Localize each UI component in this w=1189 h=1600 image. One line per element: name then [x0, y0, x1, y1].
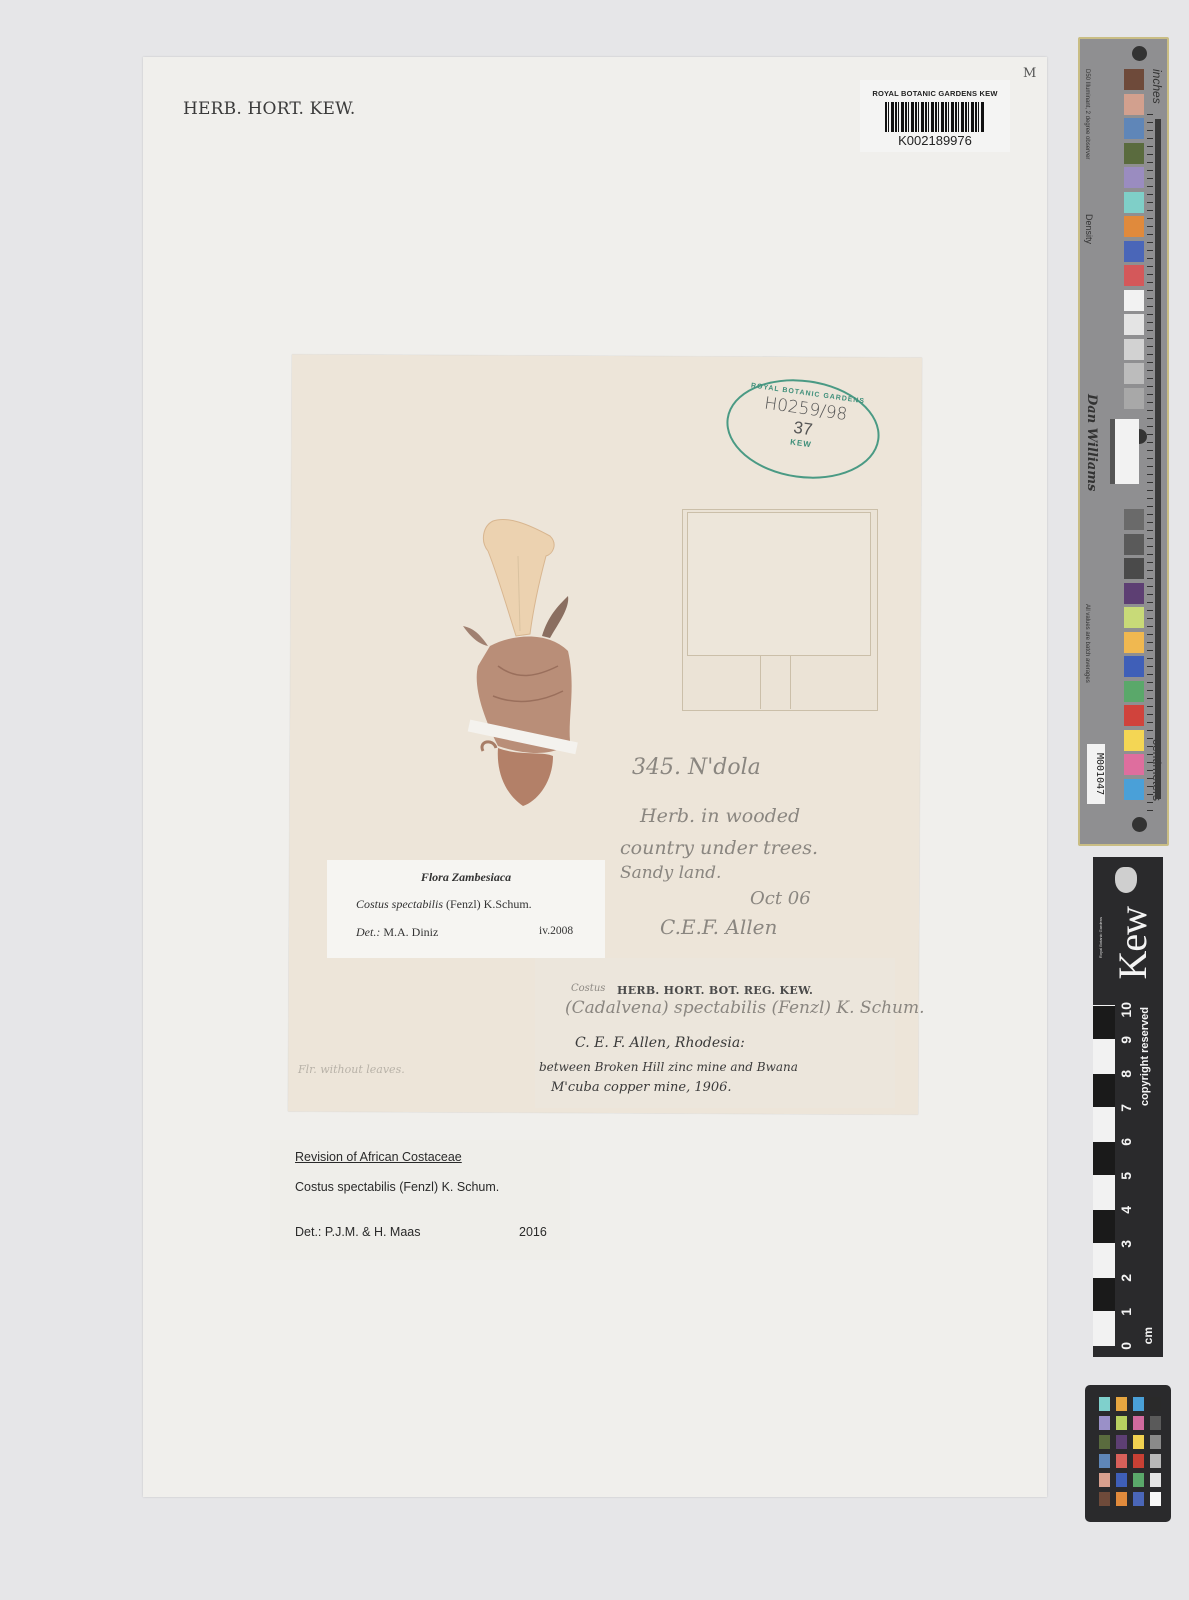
fz-det-prefix: Det.: — [356, 925, 380, 939]
ruler-number: 6 — [1118, 1138, 1134, 1146]
checker-cell — [1099, 1492, 1110, 1506]
sheet-header: HERB. HORT. KEW. — [183, 99, 355, 119]
ruler-block — [1093, 1141, 1115, 1176]
checker-cell — [1116, 1435, 1127, 1449]
scale-ticks — [1147, 114, 1153, 814]
envelope-flap — [687, 512, 871, 656]
barcode-organization: ROYAL BOTANIC GARDENS KEW — [860, 89, 1010, 98]
color-swatch — [1124, 290, 1144, 311]
color-swatch — [1124, 583, 1144, 604]
notes-line: Sandy land. — [620, 863, 721, 883]
notes-line: C.E.F. Allen — [660, 915, 777, 939]
ruler-checker — [1093, 1005, 1115, 1345]
label-genus-handwritten: Costus — [571, 983, 605, 994]
checker-cell — [1116, 1492, 1127, 1506]
checker-cell — [1099, 1416, 1110, 1430]
barcode-icon — [885, 102, 985, 132]
ruler-number: 9 — [1118, 1036, 1134, 1044]
color-swatch — [1124, 607, 1144, 628]
ruler-number: 3 — [1118, 1240, 1134, 1248]
color-swatch — [1124, 339, 1144, 360]
color-swatch — [1124, 69, 1144, 90]
kew-unit: cm — [1141, 1327, 1155, 1344]
checker-cell — [1133, 1473, 1144, 1487]
label-locality-2: M'cuba copper mine, 1906. — [551, 1080, 732, 1095]
ruler-number: 7 — [1118, 1104, 1134, 1112]
fz-species-author: (Fenzl) K.Schum. — [446, 897, 532, 911]
ruler-block — [1093, 1039, 1115, 1074]
envelope-seam — [760, 655, 761, 709]
mount-hole-icon — [1132, 817, 1147, 832]
scale-brand: Dan Williams — [1084, 394, 1099, 491]
ruler-number: 0 — [1118, 1342, 1134, 1350]
flora-zambesiaca-label: Flora Zambesiaca Costus spectabilis (Fen… — [327, 860, 605, 958]
checker-cell — [1150, 1492, 1161, 1506]
color-swatch — [1124, 388, 1144, 409]
checker-cell — [1116, 1454, 1127, 1468]
notes-line: country under trees. — [620, 837, 818, 859]
fz-determiner: Det.: M.A. Diniz — [356, 925, 438, 940]
fz-species: Costus spectabilis (Fenzl) K.Schum. — [356, 897, 532, 912]
checker-cell — [1099, 1435, 1110, 1449]
ruler-number: 4 — [1118, 1206, 1134, 1214]
kew-crest-icon — [1115, 867, 1137, 893]
revision-year: 2016 — [519, 1225, 547, 1239]
kew-cm-ruler: Kew Royal Botanic Gardens copyright rese… — [1093, 857, 1163, 1357]
color-swatch — [1124, 558, 1144, 579]
color-swatch — [1124, 656, 1144, 677]
checker-cell — [1150, 1397, 1161, 1411]
checker-cell — [1133, 1492, 1144, 1506]
color-swatch — [1124, 363, 1144, 384]
checker-cell — [1099, 1397, 1110, 1411]
mini-color-checker — [1085, 1385, 1171, 1522]
ruler-number: 8 — [1118, 1070, 1134, 1078]
label-collector: C. E. F. Allen, Rhodesia: — [575, 1035, 745, 1051]
ruler-number: 10 — [1118, 1002, 1134, 1018]
color-swatch — [1124, 314, 1144, 335]
barcode-id: K002189976 — [860, 133, 1010, 148]
ruler-number: 2 — [1118, 1274, 1134, 1282]
scale-id: M001047 — [1087, 744, 1105, 804]
checker-cell — [1133, 1397, 1144, 1411]
ruler-block — [1093, 1005, 1115, 1040]
revision-det: Det.: P.J.M. & H. Maas — [295, 1225, 421, 1239]
checker-cell — [1133, 1416, 1144, 1430]
notes-line: 345. N'dola — [632, 755, 761, 780]
fz-title: Flora Zambesiaca — [327, 870, 605, 885]
checker-cell — [1150, 1435, 1161, 1449]
revision-label: Revision of African Costaceae Costus spe… — [270, 1140, 570, 1260]
corner-mark: M — [1023, 66, 1036, 81]
label-header: HERB. HORT. BOT. REG. KEW. — [617, 984, 813, 997]
envelope-seam — [790, 655, 791, 709]
color-swatch — [1124, 681, 1144, 702]
color-swatch — [1124, 705, 1144, 726]
color-swatch — [1124, 779, 1144, 800]
checker-cell — [1150, 1473, 1161, 1487]
fragment-envelope — [682, 509, 878, 711]
color-swatch — [1124, 118, 1144, 139]
checker-cell — [1116, 1473, 1127, 1487]
unit-top: inches — [1150, 69, 1164, 104]
ruler-number: 5 — [1118, 1172, 1134, 1180]
checker-cell — [1150, 1454, 1161, 1468]
color-swatch — [1124, 94, 1144, 115]
ruler-numbers: 109876543210 — [1118, 1002, 1136, 1332]
ruler-block — [1093, 1277, 1115, 1312]
color-swatch — [1124, 167, 1144, 188]
density-label: Density — [1084, 214, 1094, 244]
checker-cell — [1150, 1416, 1161, 1430]
kew-brand: Kew — [1109, 907, 1156, 980]
notes-line: Oct 06 — [750, 888, 811, 909]
color-swatch — [1124, 241, 1144, 262]
color-swatch — [1124, 534, 1144, 555]
color-swatch — [1124, 143, 1144, 164]
mount-hole-icon — [1132, 46, 1147, 61]
ruler-block — [1093, 1209, 1115, 1244]
checker-cell — [1099, 1454, 1110, 1468]
fz-det-name: M.A. Diniz — [383, 925, 438, 939]
color-swatch — [1124, 192, 1144, 213]
notes-line: Herb. in wooded — [640, 805, 800, 827]
color-swatch — [1124, 754, 1144, 775]
barcode-label: ROYAL BOTANIC GARDENS KEW K002189976 — [860, 80, 1010, 152]
scale-strip — [1155, 119, 1161, 799]
ruler-block — [1093, 1243, 1115, 1278]
kew-copyright: copyright reserved — [1139, 1007, 1151, 1106]
checker-cell — [1133, 1435, 1144, 1449]
ruler-block — [1093, 1311, 1115, 1346]
illuminant-text: D50 Illuminant, 2 degree observer — [1084, 69, 1090, 159]
color-scale-bar: inches centimeters D50 Illuminant, 2 deg… — [1078, 37, 1169, 846]
ruler-block — [1093, 1175, 1115, 1210]
color-swatch — [1124, 216, 1144, 237]
handwritten-field-notes: 345. N'dola Herb. in wooded country unde… — [610, 730, 900, 950]
color-swatch — [1124, 265, 1144, 286]
fz-species-name: Costus spectabilis — [356, 897, 443, 911]
color-swatch — [1124, 632, 1144, 653]
dried-plant-specimen — [458, 516, 598, 816]
label-name-line: (Cadalvena) spectabilis (Fenzl) K. Schum… — [565, 998, 925, 1018]
checker-cell — [1133, 1454, 1144, 1468]
resolution-target — [1110, 419, 1139, 484]
ruler-number: 1 — [1118, 1308, 1134, 1316]
checker-cell — [1116, 1397, 1127, 1411]
herbarium-register-label: Costus HERB. HORT. BOT. REG. KEW. (Cadal… — [535, 958, 895, 1108]
label-locality-1: between Broken Hill zinc mine and Bwana — [539, 1060, 798, 1074]
color-swatch — [1124, 730, 1144, 751]
ruler-block — [1093, 1107, 1115, 1142]
fz-date: iv.2008 — [539, 925, 573, 937]
batch-text: All values are batch averages — [1084, 604, 1090, 683]
kew-sub: Royal Botanic Gardens — [1098, 917, 1103, 958]
color-swatch — [1124, 509, 1144, 530]
revision-species: Costus spectabilis (Fenzl) K. Schum. — [295, 1180, 499, 1194]
revision-title: Revision of African Costaceae — [295, 1150, 462, 1164]
faint-pencil-note: Flr. without leaves. — [298, 1063, 405, 1076]
checker-cell — [1116, 1416, 1127, 1430]
checker-cell — [1099, 1473, 1110, 1487]
ruler-block — [1093, 1073, 1115, 1108]
